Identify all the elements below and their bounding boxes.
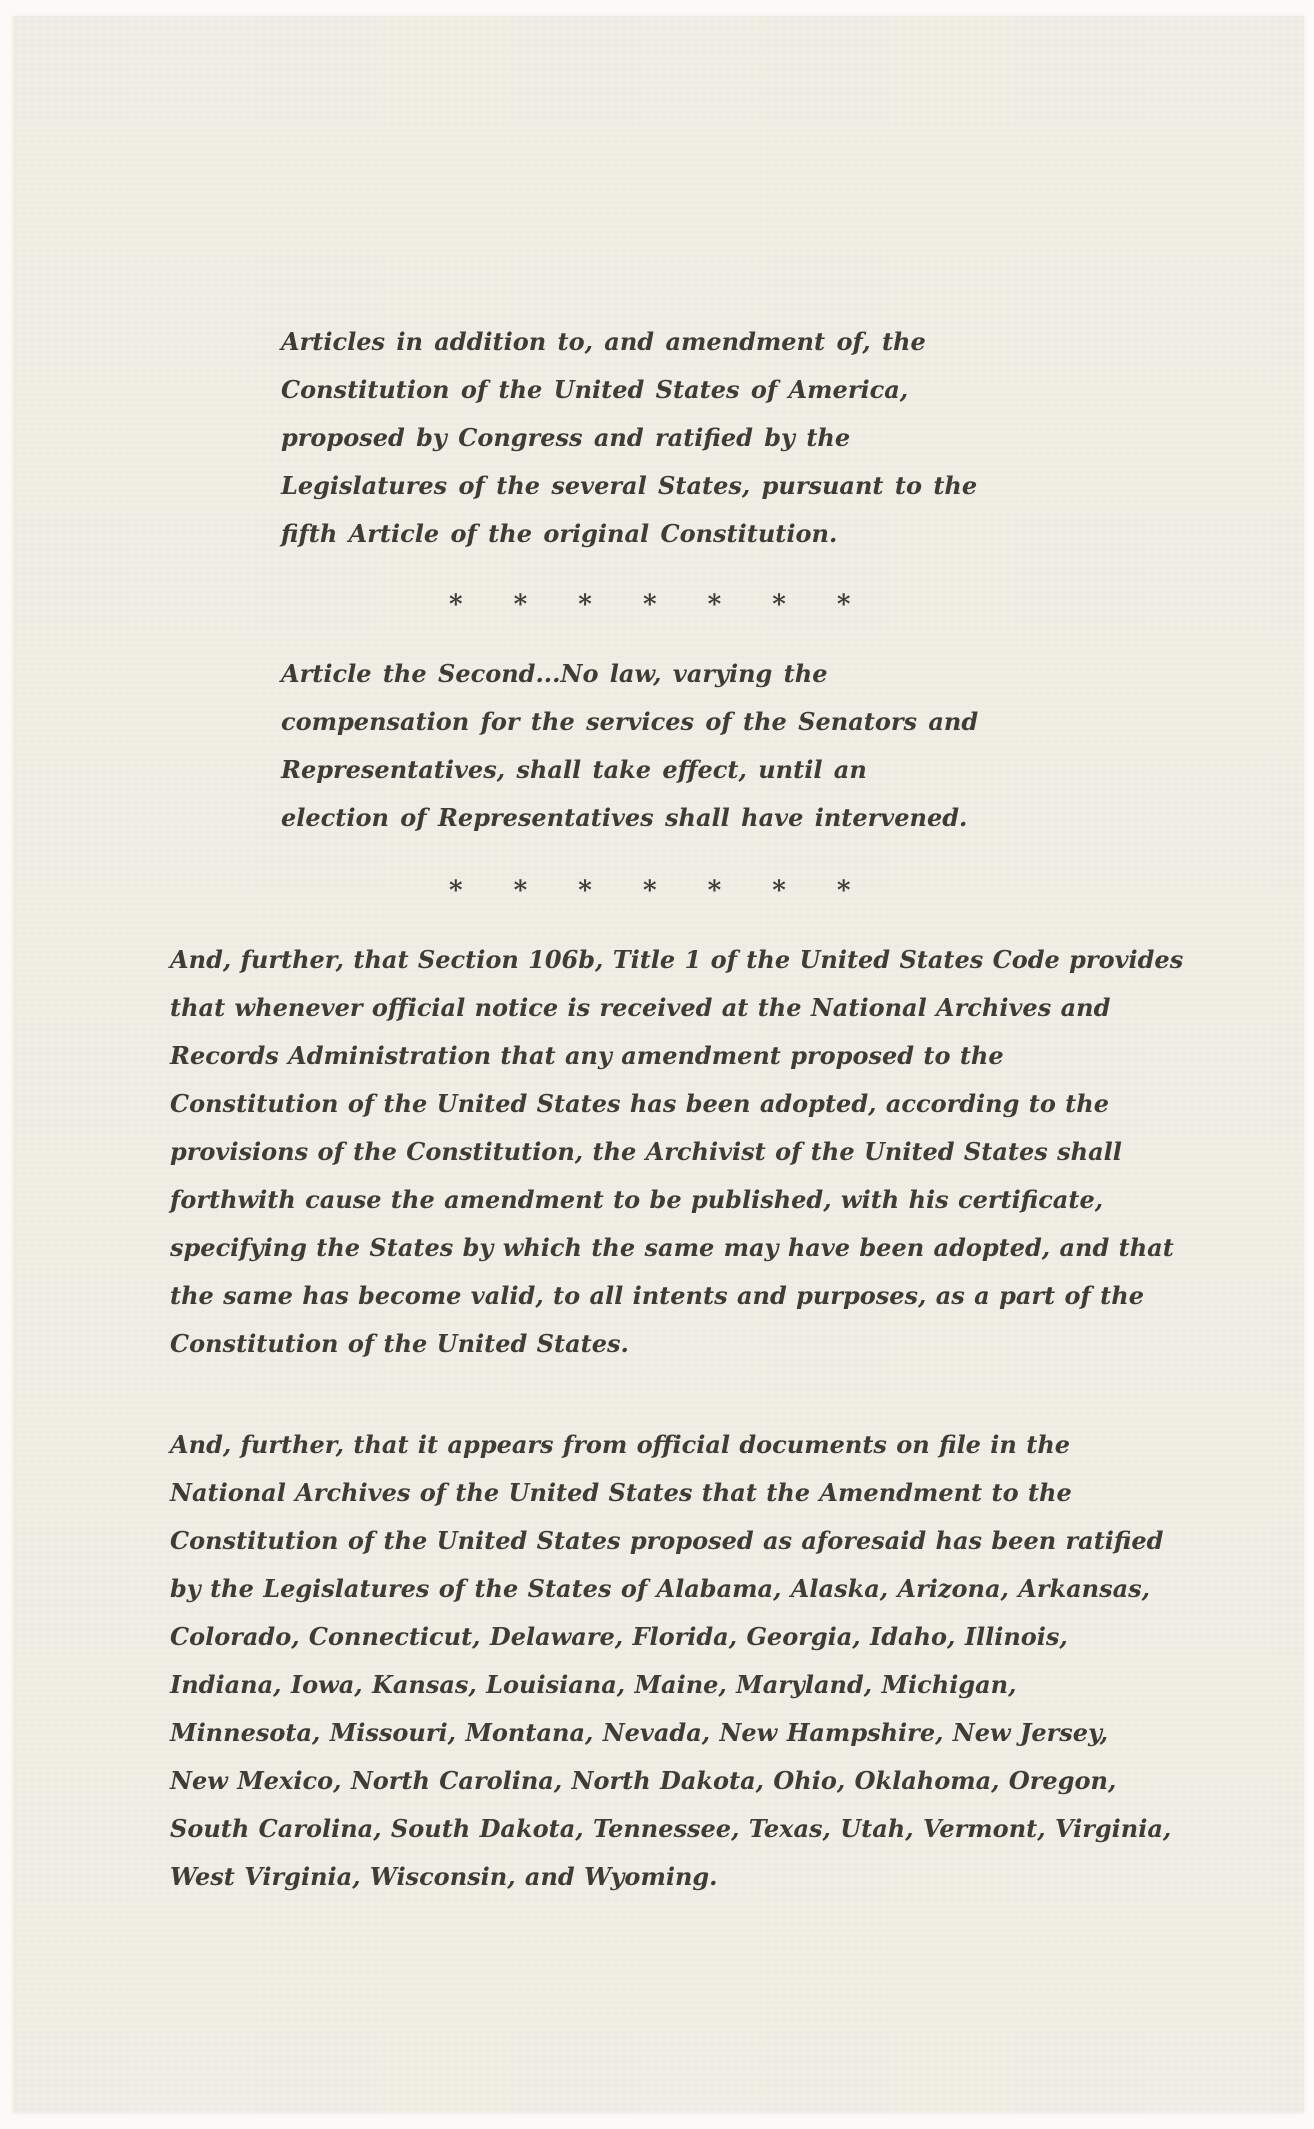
text-line: fifth Article of the original Constituti… — [281, 510, 977, 558]
text-line: West Virginia, Wisconsin, and Wyoming. — [170, 1853, 1171, 1901]
text-line: National Archives of the United States t… — [170, 1469, 1171, 1517]
text-line: Constitution of the United States has be… — [170, 1080, 1183, 1128]
text-line: And, further, that it appears from offic… — [170, 1421, 1171, 1469]
text-line: South Carolina, South Dakota, Tennessee,… — [170, 1805, 1171, 1853]
scanned-document-page: { "document": { "intro": { "lines": [ "A… — [0, 0, 1314, 2129]
intro-paragraph: Articles in addition to, and amendment o… — [281, 318, 977, 558]
text-line: by the Legislatures of the States of Ala… — [170, 1565, 1171, 1613]
text-line: Representatives, shall take effect, unti… — [281, 746, 978, 794]
text-line: Records Administration that any amendmen… — [170, 1032, 1183, 1080]
text-line: And, further, that Section 106b, Title 1… — [170, 936, 1183, 984]
text-line: Constitution of the United States. — [170, 1320, 1183, 1368]
text-line: compensation for the services of the Sen… — [281, 698, 978, 746]
text-line: Colorado, Connecticut, Delaware, Florida… — [170, 1613, 1171, 1661]
asterisk-separator: * * * * * * * — [449, 585, 851, 625]
section-106b-paragraph: And, further, that Section 106b, Title 1… — [170, 936, 1183, 1368]
text-line: Article the Second...No law, varying the — [281, 650, 978, 698]
text-line: forthwith cause the amendment to be publ… — [170, 1176, 1183, 1224]
text-line: Constitution of the United States propos… — [170, 1517, 1171, 1565]
article-second-paragraph: Article the Second...No law, varying the… — [281, 650, 978, 842]
text-line: that whenever official notice is receive… — [170, 984, 1183, 1032]
text-line: specifying the States by which the same … — [170, 1224, 1183, 1272]
ratification-paragraph: And, further, that it appears from offic… — [170, 1421, 1171, 1901]
text-line: Articles in addition to, and amendment o… — [281, 318, 977, 366]
text-line: proposed by Congress and ratified by the — [281, 414, 977, 462]
text-line: election of Representatives shall have i… — [281, 794, 978, 842]
text-line: Minnesota, Missouri, Montana, Nevada, Ne… — [170, 1709, 1171, 1757]
text-line: Constitution of the United States of Ame… — [281, 366, 977, 414]
text-line: provisions of the Constitution, the Arch… — [170, 1128, 1183, 1176]
asterisk-separator: * * * * * * * — [449, 871, 851, 911]
text-line: Legislatures of the several States, purs… — [281, 462, 977, 510]
text-line: the same has become valid, to all intent… — [170, 1272, 1183, 1320]
text-line: New Mexico, North Carolina, North Dakota… — [170, 1757, 1171, 1805]
paper-sheet: Articles in addition to, and amendment o… — [13, 16, 1304, 2113]
text-line: Indiana, Iowa, Kansas, Louisiana, Maine,… — [170, 1661, 1171, 1709]
